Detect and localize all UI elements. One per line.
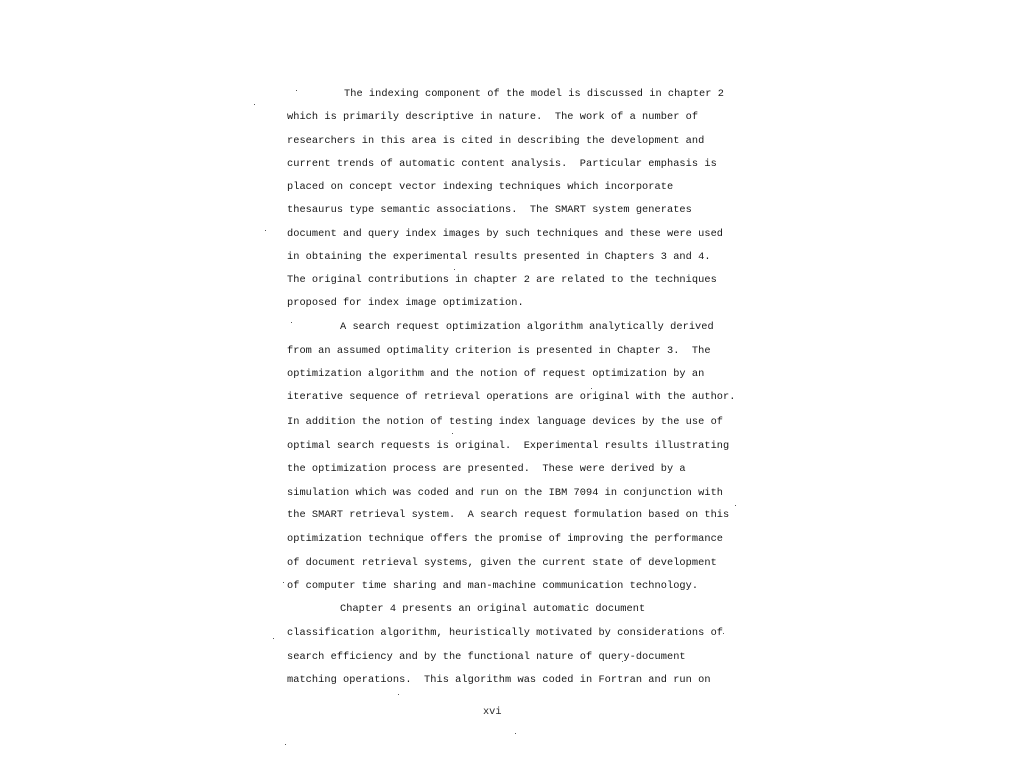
text-line: search efficiency and by the functional … [287, 651, 686, 663]
scan-speck [296, 90, 297, 91]
text-line: current trends of automatic content anal… [287, 158, 717, 170]
scan-speck [591, 388, 592, 389]
scan-speck [291, 322, 292, 323]
scan-speck [712, 232, 713, 233]
text-line: classification algorithm, heuristically … [287, 627, 723, 639]
text-line: optimization algorithm and the notion of… [287, 368, 704, 380]
page-number: xvi [483, 706, 502, 718]
text-line: in obtaining the experimental results pr… [287, 251, 711, 263]
text-line: of document retrieval systems, given the… [287, 557, 717, 569]
text-line: of computer time sharing and man-machine… [287, 580, 698, 592]
text-line: In addition the notion of testing index … [287, 416, 723, 428]
text-line: optimal search requests is original. Exp… [287, 440, 729, 452]
scan-speck [265, 230, 266, 231]
scanned-document-page: The indexing component of the model is d… [0, 0, 1024, 768]
text-line: the SMART retrieval system. A search req… [287, 509, 729, 521]
text-line: placed on concept vector indexing techni… [287, 181, 673, 193]
text-line: iterative sequence of retrieval operatio… [287, 391, 736, 403]
text-line: Chapter 4 presents an original automatic… [340, 603, 645, 615]
scan-speck [254, 104, 255, 105]
text-line: document and query index images by such … [287, 228, 723, 240]
text-line: matching operations. This algorithm was … [287, 674, 711, 686]
text-line: The original contributions in chapter 2 … [287, 274, 717, 286]
text-line: simulation which was coded and run on th… [287, 487, 723, 499]
scan-speck [735, 505, 736, 506]
text-line: thesaurus type semantic associations. Th… [287, 204, 692, 216]
scan-speck [723, 633, 724, 634]
scan-speck [285, 744, 286, 745]
scan-speck [273, 638, 274, 639]
text-line: from an assumed optimality criterion is … [287, 345, 711, 357]
scan-speck [452, 433, 453, 434]
text-line: optimization technique offers the promis… [287, 533, 723, 545]
text-line: A search request optimization algorithm … [340, 321, 714, 333]
text-line: The indexing component of the model is d… [344, 88, 724, 100]
scan-speck [622, 661, 623, 662]
scan-speck [515, 733, 516, 734]
text-line: the optimization process are presented. … [287, 463, 686, 475]
scan-speck [283, 582, 284, 583]
text-line: proposed for index image optimization. [287, 297, 524, 309]
scan-speck [454, 269, 455, 270]
text-line: researchers in this area is cited in des… [287, 135, 704, 147]
text-line: which is primarily descriptive in nature… [287, 111, 698, 123]
scan-speck [398, 694, 399, 695]
